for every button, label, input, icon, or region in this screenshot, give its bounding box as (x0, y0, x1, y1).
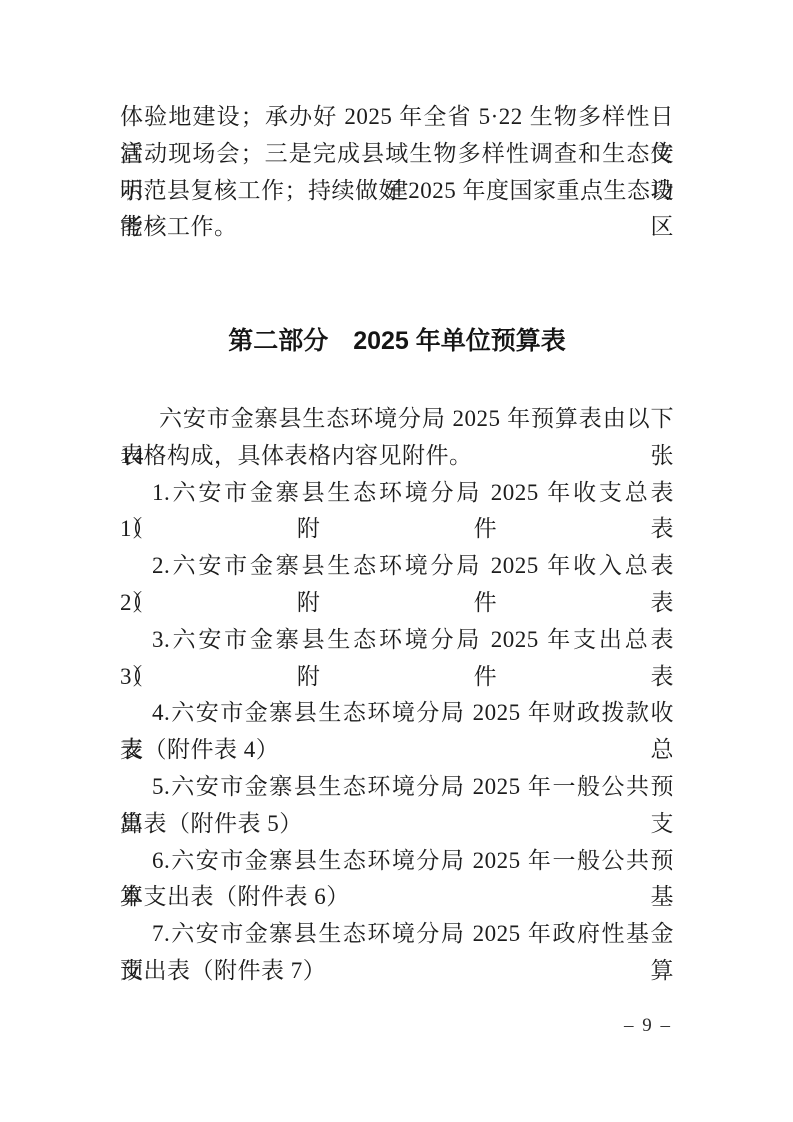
list-item-line: 6.六安市金寨县生态环境分局 2025 年一般公共预算基 (120, 843, 674, 880)
paragraph-line: 六安市金寨县生态环境分局 2025 年预算表由以下 14 张 (120, 401, 674, 438)
list-item-line: 2.六安市金寨县生态环境分局 2025 年收入总表（附件表 (120, 548, 674, 585)
budget-table-item-6: 6.六安市金寨县生态环境分局 2025 年一般公共预算基 本支出表（附件表 6） (120, 843, 674, 917)
list-item-line: 7.六安市金寨县生态环境分局 2025 年政府性基金预算 (120, 916, 674, 953)
budget-table-item-1: 1.六安市金寨县生态环境分局 2025 年收支总表（附件表 1） (120, 475, 674, 549)
continuation-paragraph: 体验地建设；承办好 2025 年全省 5·22 生物多样性日宣传 活动现场会；三… (120, 99, 674, 246)
budget-table-item-4: 4.六安市金寨县生态环境分局 2025 年财政拨款收支总 表（附件表 4） (120, 695, 674, 769)
list-item-line: 5.六安市金寨县生态环境分局 2025 年一般公共预算支 (120, 769, 674, 806)
page-number: – 9 – (624, 1014, 672, 1038)
budget-table-item-3: 3.六安市金寨县生态环境分局 2025 年支出总表（附件表 3） (120, 622, 674, 696)
budget-table-item-5: 5.六安市金寨县生态环境分局 2025 年一般公共预算支 出表（附件表 5） (120, 769, 674, 843)
intro-paragraph: 六安市金寨县生态环境分局 2025 年预算表由以下 14 张 表格构成，具体表格… (120, 401, 674, 475)
paragraph-line: 示范县复核工作；持续做好 2025 年度国家重点生态功能区 (120, 173, 674, 210)
budget-table-item-2: 2.六安市金寨县生态环境分局 2025 年收入总表（附件表 2） (120, 548, 674, 622)
list-item-line: 1.六安市金寨县生态环境分局 2025 年收支总表（附件表 (120, 475, 674, 512)
section-heading: 第二部分 2025 年单位预算表 (120, 323, 674, 360)
page-content: 体验地建设；承办好 2025 年全省 5·22 生物多样性日宣传 活动现场会；三… (120, 99, 674, 990)
paragraph-line: 活动现场会；三是完成县域生物多样性调查和生态文明建设 (120, 136, 674, 173)
list-item-line: 4.六安市金寨县生态环境分局 2025 年财政拨款收支总 (120, 695, 674, 732)
document-page: 体验地建设；承办好 2025 年全省 5·22 生物多样性日宣传 活动现场会；三… (0, 0, 793, 1122)
list-item-line: 3.六安市金寨县生态环境分局 2025 年支出总表（附件表 (120, 622, 674, 659)
budget-table-item-7: 7.六安市金寨县生态环境分局 2025 年政府性基金预算 支出表（附件表 7） (120, 916, 674, 990)
paragraph-line: 体验地建设；承办好 2025 年全省 5·22 生物多样性日宣传 (120, 99, 674, 136)
